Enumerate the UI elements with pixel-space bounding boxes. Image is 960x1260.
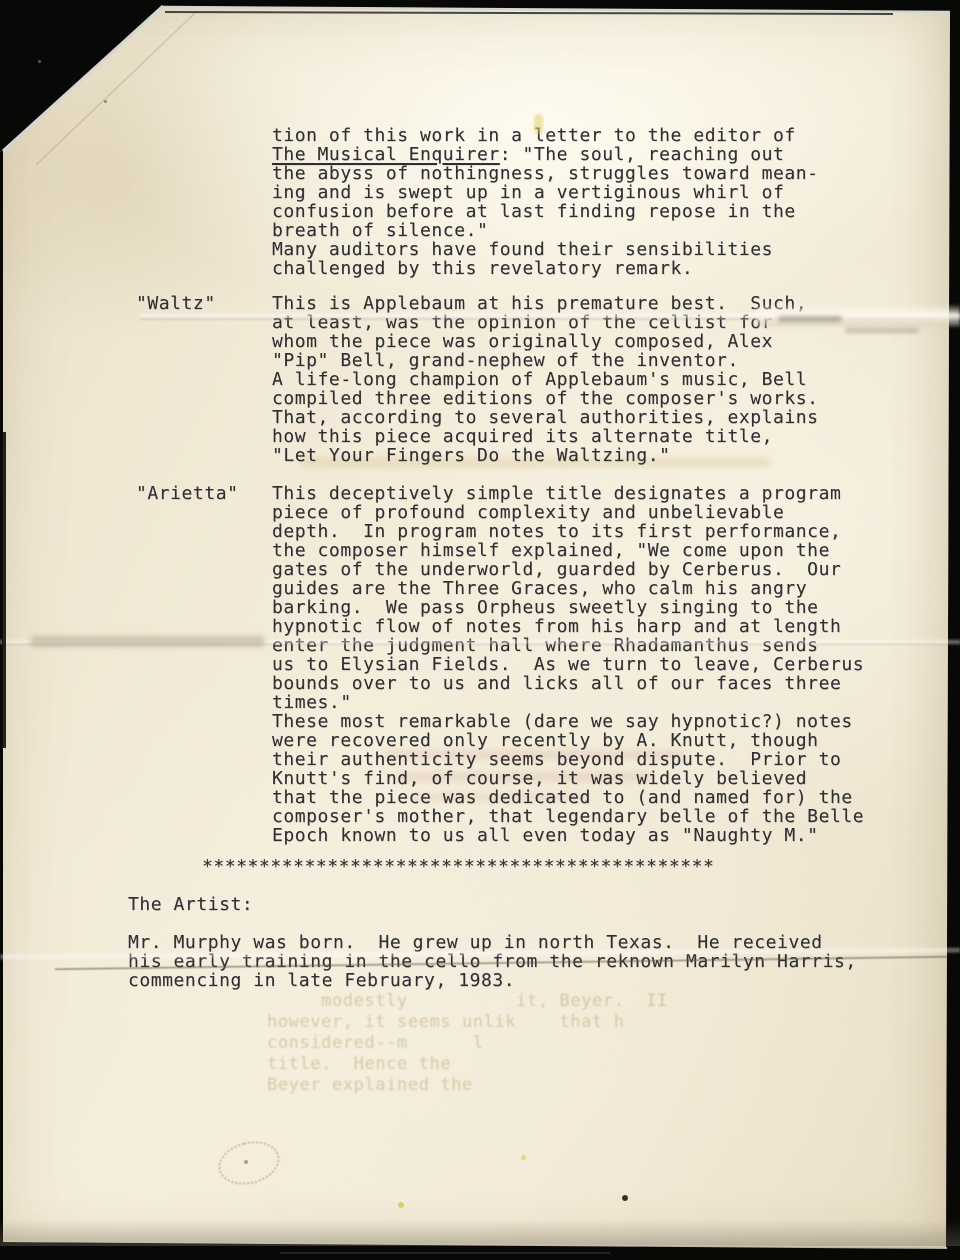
artist-paragraph: Mr. Murphy was born. He grew up in north…: [128, 933, 857, 990]
bleedthrough-text: modestly it, Beyer. II however, it seems…: [267, 991, 668, 1096]
continuation-paragraph: tion of this work in a letter to the edi…: [272, 126, 819, 278]
scanner-artifact: [280, 1252, 610, 1254]
asterisk-separator: ****************************************…: [202, 857, 714, 876]
section-body-waltz: This is Applebaum at his premature best.…: [272, 294, 819, 465]
section-body-arietta: This deceptively simple title designates…: [272, 484, 864, 845]
section-label-arietta: "Arietta": [136, 484, 238, 503]
dust-speck: [38, 60, 41, 63]
artist-heading: The Artist:: [128, 895, 253, 914]
scanned-document: modestly it, Beyer. II however, it seems…: [0, 0, 960, 1260]
section-label-waltz: "Waltz": [136, 294, 216, 313]
